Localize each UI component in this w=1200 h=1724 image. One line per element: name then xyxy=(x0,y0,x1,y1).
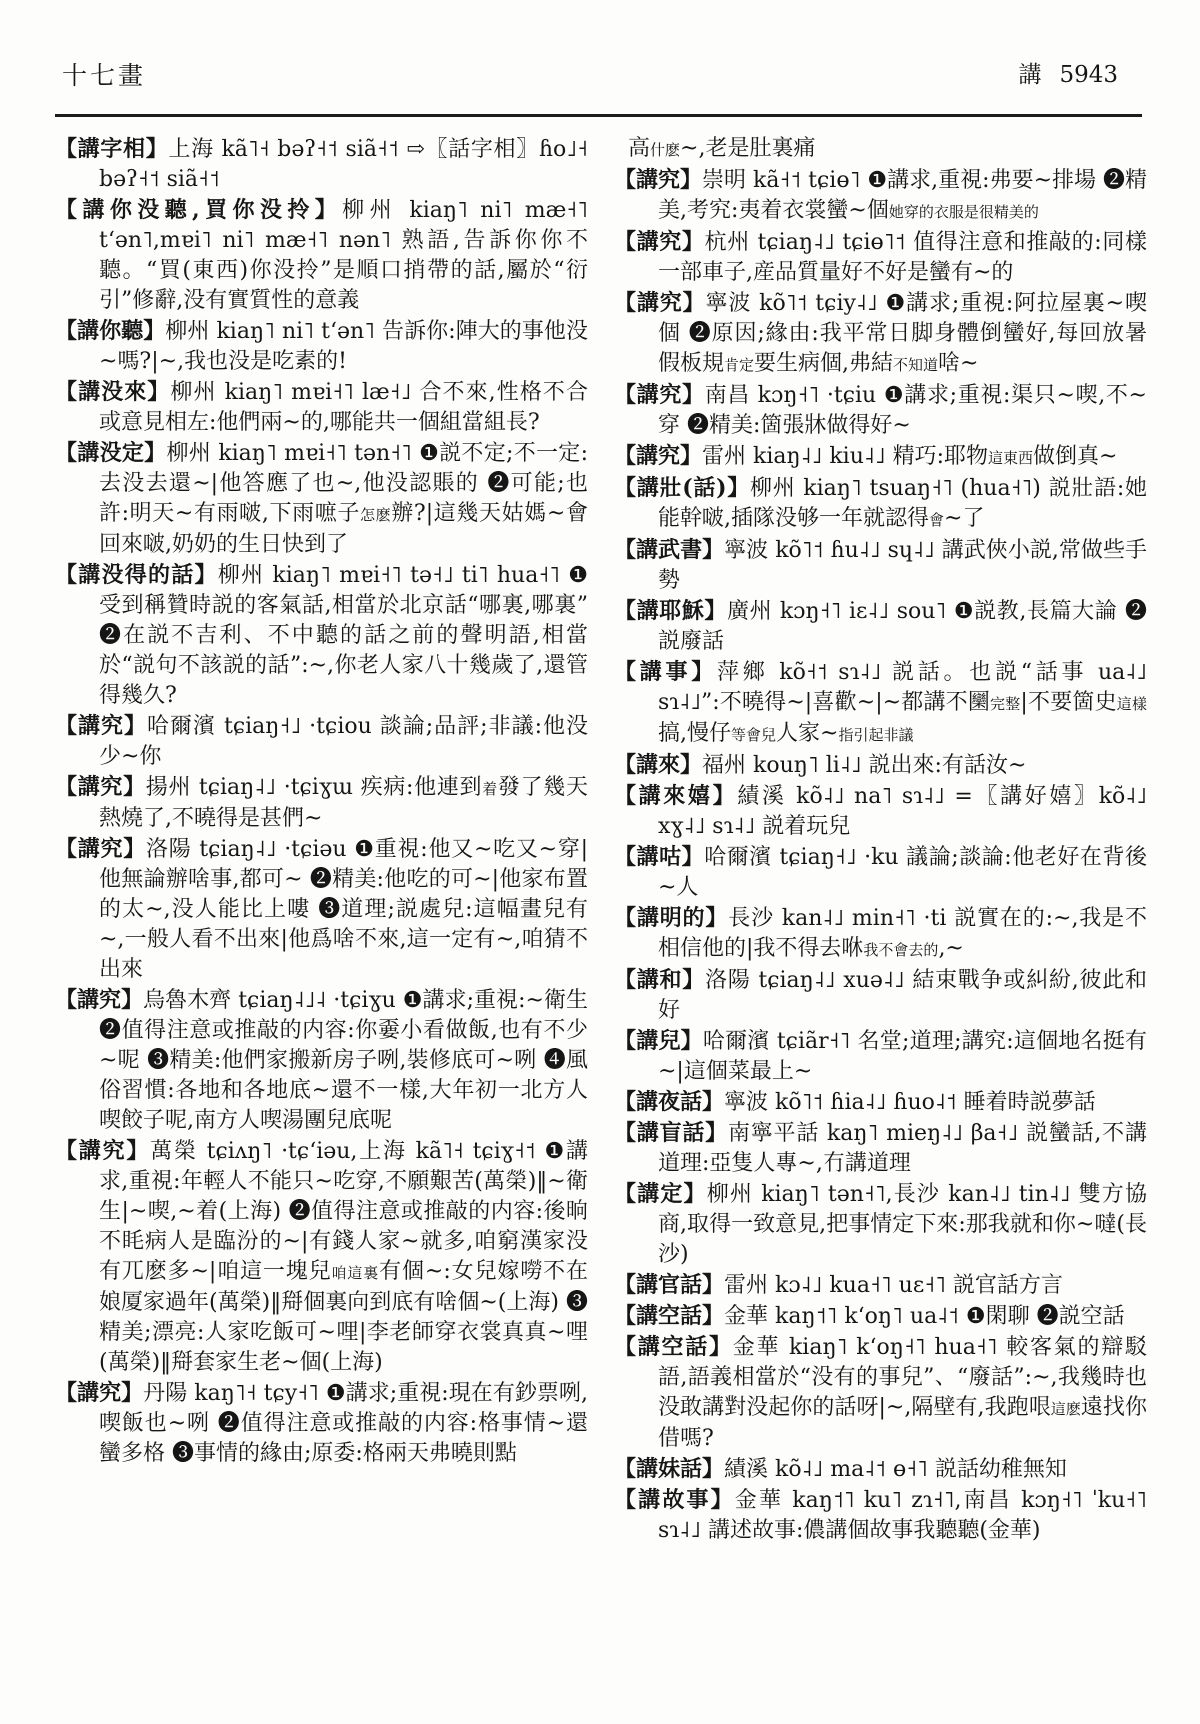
entry-text: 績溪 kõ˨˩ ma˨˦ ɵ˧˥ 説話幼稚無知 xyxy=(724,1457,1067,1482)
entry-headword: 【講武書】 xyxy=(614,537,724,563)
dict-entry: 【講究】雷州 kiaŋ˨˩ kiu˨˩ 精巧:耶物這東西做倒真~ xyxy=(614,441,1147,473)
entry-headword: 【講究】 xyxy=(614,229,705,255)
entry-headword: 【講究】 xyxy=(55,1380,143,1406)
right-column: 高什麽~,老是肚裏痛【講究】崇明 kã˧˦ tɕiɵ˥ ❶講求,重視:弗要~排場… xyxy=(614,134,1147,1546)
dict-entry: 【講官話】雷州 kɔ˨˩ kua˧˥ uɛ˧˥ 説官話方言 xyxy=(614,1270,1147,1301)
dict-entry: 【講没來】柳州 kiaŋ˥ mɐi˧˥ læ˧˩ 合不來,性格不合或意見相左:他… xyxy=(55,377,588,438)
entry-headword: 【講妹話】 xyxy=(614,1456,724,1482)
dict-entry: 【講究】丹陽 kaŋ˥˧ tɕy˧˥ ❶講求;重視:現在有鈔票咧,喫飯也~咧 ❷… xyxy=(55,1378,588,1469)
entry-headword: 【講究】 xyxy=(55,1138,150,1164)
entry-text: 金華 kaŋ˦˥ kʻoŋ˥ ua˨˦ ❶閑聊 ❷説空話 xyxy=(724,1304,1125,1329)
entry-headword: 【講究】 xyxy=(614,167,702,193)
dict-entry: 【講究】杭州 tɕiaŋ˨˩ tɕiɵ˥˦ 值得注意和推敲的:同樣一部車子,産品… xyxy=(614,227,1147,288)
dict-entry: 【講究】哈爾濱 tɕiaŋ˧˩ ·tɕiou 談論;品評;非議:他没少~你 xyxy=(55,711,588,772)
dict-entry: 【講兒】哈爾濱 tɕiãr˧˥ 名堂;道理;講究:這個地名挺有~|這個菜最上~ xyxy=(614,1026,1147,1087)
entry-headword: 【講來嬉】 xyxy=(614,783,737,809)
entry-text: 烏魯木齊 tɕiaŋ˨˩˨ ·tɕiɣu ❶講求;重視:~衛生 ❷值得注意或推敲… xyxy=(99,988,588,1133)
inline-gloss: 等會兒 xyxy=(731,726,776,744)
entry-text: 寧波 kõ˥˦ ɦia˨˩ ɦuo˨˦ 睡着時説夢話 xyxy=(724,1090,1096,1115)
dictionary-page: 十七畫 講5943 【講字相】上海 kã˥˧ bəʔ˧˦ siã˧˦ ⇨〖話字相… xyxy=(0,0,1200,1724)
inline-gloss: 不知道 xyxy=(893,356,938,374)
dict-entry: 【講空話】金華 kaŋ˦˥ kʻoŋ˥ ua˨˦ ❶閑聊 ❷説空話 xyxy=(614,1301,1147,1332)
entry-headword: 【講來】 xyxy=(614,752,702,778)
entry-text: 福州 kouŋ˥ li˨˩ 説出來:有話汝~ xyxy=(702,753,1026,778)
entry-headword: 【講究】 xyxy=(614,443,702,469)
dict-entry: 【講來嬉】績溪 kõ˨˩ na˥ sɿ˨˩ =〖講好嬉〗kõ˨˩ xɣ˨˩ sɿ… xyxy=(614,781,1147,842)
entry-text: 杭州 tɕiaŋ˨˩ tɕiɵ˥˦ 值得注意和推敲的:同樣一部車子,産品質量好不… xyxy=(658,230,1147,285)
entry-text: 哈爾濱 tɕiãr˧˥ 名堂;道理;講究:這個地名挺有~|這個菜最上~ xyxy=(658,1029,1147,1084)
text-columns: 【講字相】上海 kã˥˧ bəʔ˧˦ siã˧˦ ⇨〖話字相〗ɦo˩˧ bəʔ˧… xyxy=(55,134,1147,1546)
entry-headword: 【講定】 xyxy=(614,1181,707,1207)
dict-entry: 【講事】萍鄉 kõ˧˦ sɿ˨˩ 説話。也説“話事 ua˨˩ sɿ˨˩”:不曉得… xyxy=(614,657,1147,750)
dict-entry: 【講壯(話)】柳州 kiaŋ˥ tsuaŋ˧˥ (hua˧˥) 説壯語:她能幹啵… xyxy=(614,473,1147,535)
entry-headword: 【講究】 xyxy=(614,382,705,408)
dict-entry: 【講究】崇明 kã˧˦ tɕiɵ˥ ❶講求,重視:弗要~排場 ❷精美,考究:夷着… xyxy=(614,165,1147,227)
dict-entry: 【講你聽】柳州 kiaŋ˥ ni˥ tʻən˥ 告訴你:陣大的事他没~嗎?|~,… xyxy=(55,316,588,377)
entry-text: 廣州 kɔŋ˧˥ iɛ˨˩ sou˥ ❶説教,長篇大論 ❷説廢話 xyxy=(658,599,1147,654)
dict-entry: 【講明的】長沙 kan˨˩ min˧˥ ·ti 説實在的:~,我是不相信他的|我… xyxy=(614,903,1147,965)
entry-headword: 【講你没聽,買你没拎】 xyxy=(55,197,342,223)
entry-headword: 【講夜話】 xyxy=(614,1089,724,1115)
page-header-right: 講5943 xyxy=(1018,56,1118,89)
entry-text: 揚州 tɕiaŋ˨˩ ·tɕiɣɯ 疾病:他連到 xyxy=(146,775,482,800)
entry-headword: 【講明的】 xyxy=(614,905,728,931)
page-number: 5943 xyxy=(1059,62,1118,88)
entry-text: 哈爾濱 tɕiaŋ˧˩ ·tɕiou 談論;品評;非議:他没少~你 xyxy=(99,714,588,769)
inline-gloss: 會 xyxy=(929,511,944,529)
entry-headword: 【講事】 xyxy=(614,659,717,685)
entry-headword: 【講没得的話】 xyxy=(55,562,218,588)
inline-gloss: 這東西 xyxy=(988,449,1033,467)
inline-gloss: 這麽 xyxy=(1051,1400,1081,1418)
dict-entry-continuation: 高什麽~,老是肚裏痛 xyxy=(614,134,1147,165)
dict-entry: 【講和】洛陽 tɕiaŋ˨˩ xuə˨˩ 結束戰争或糾紛,彼此和好 xyxy=(614,965,1147,1026)
dict-entry: 【講咕】哈爾濱 tɕiaŋ˧˩ ·ku 議論;談論:他老好在背後~人 xyxy=(614,842,1147,903)
entry-headword: 【講没定】 xyxy=(55,440,166,466)
entry-headword: 【講和】 xyxy=(614,967,705,993)
entry-text: 哈爾濱 tɕiaŋ˧˩ ·ku 議論;談論:他老好在背後~人 xyxy=(658,845,1147,900)
entry-text: 啥~ xyxy=(938,351,978,376)
inline-gloss: 着 xyxy=(482,780,498,798)
dict-entry: 【講空話】金華 kiaŋ˥ kʻoŋ˧˥ hua˧˥ 較客氣的辯駁語,語義相當於… xyxy=(614,1332,1147,1454)
inline-gloss: 我不會去的 xyxy=(863,941,938,959)
guide-character: 講 xyxy=(1018,62,1041,88)
entry-headword: 【講你聽】 xyxy=(55,318,165,344)
entry-headword: 【講壯(話)】 xyxy=(614,475,750,501)
dict-entry: 【講究】寧波 kõ˥˦ tɕiy˨˩ ❶講求;重視:阿拉屋裏~喫個 ❷原因;緣由… xyxy=(614,288,1147,380)
entry-text: ~了 xyxy=(944,506,984,531)
inline-gloss: 這樣 xyxy=(1117,695,1147,713)
entry-text: 雷州 kɔ˨˩ kua˧˥ uɛ˧˥ 説官話方言 xyxy=(724,1273,1063,1298)
entry-text: 洛陽 tɕiaŋ˨˩ xuə˨˩ 結束戰争或糾紛,彼此和好 xyxy=(658,968,1147,1023)
inline-gloss: 她穿的衣服是很精美的 xyxy=(889,203,1039,221)
entry-text: 洛陽 tɕiaŋ˨˩ ·tɕiəu ❶重視:他又~吃又~穿|他無論辦啥事,都可~… xyxy=(99,837,588,982)
entry-text: 柳州 kiaŋ˥ ni˥ tʻən˥ 告訴你:陣大的事他没~嗎?|~,我也没是吃… xyxy=(99,319,588,374)
entry-headword: 【講耶穌】 xyxy=(614,598,727,624)
entry-headword: 【講空話】 xyxy=(614,1334,733,1360)
entry-text: ~,老是肚裏痛 xyxy=(680,136,815,161)
dict-entry: 【講字相】上海 kã˥˧ bəʔ˧˦ siã˧˦ ⇨〖話字相〗ɦo˩˧ bəʔ˧… xyxy=(55,134,588,195)
entry-text: 南寧平話 kaŋ˥ mieŋ˨˩ βa˧˩ 説蠻話,不講道理:亞隻人專~,冇講道… xyxy=(658,1121,1147,1176)
entry-headword: 【講究】 xyxy=(55,713,147,739)
dict-entry: 【講妹話】績溪 kõ˨˩ ma˨˦ ɵ˧˥ 説話幼稚無知 xyxy=(614,1454,1147,1485)
dict-entry: 【講武書】寧波 kõ˥˦ ɦu˨˩ sɥ˨˩ 講武俠小説,常做些手勢 xyxy=(614,535,1147,596)
dict-entry: 【講耶穌】廣州 kɔŋ˧˥ iɛ˨˩ sou˥ ❶説教,長篇大論 ❷説廢話 xyxy=(614,596,1147,657)
dict-entry: 【講究】揚州 tɕiaŋ˨˩ ·tɕiɣɯ 疾病:他連到着發了幾天熱燒了,不曉得… xyxy=(55,772,588,834)
inline-gloss: 什麽 xyxy=(650,141,680,159)
entry-text: 丹陽 kaŋ˥˧ tɕy˧˥ ❶講求;重視:現在有鈔票咧,喫飯也~咧 ❷值得注意… xyxy=(99,1381,588,1466)
entry-headword: 【講空話】 xyxy=(614,1303,724,1329)
dict-entry: 【講故事】金華 kaŋ˦˥ ku˥ zɿ˧˥,南昌 kɔŋ˧˥ ˈku˧˥ sɿ… xyxy=(614,1485,1147,1546)
entry-text: 要生病個,弗結 xyxy=(754,351,893,376)
inline-gloss: 咱這裏 xyxy=(332,1264,380,1282)
header-divider xyxy=(55,114,1142,117)
entry-headword: 【講没來】 xyxy=(55,379,170,405)
inline-gloss: 怎麽 xyxy=(360,506,391,524)
entry-text: ,~ xyxy=(938,936,963,961)
entry-headword: 【講故事】 xyxy=(614,1487,735,1513)
entry-text: 人家~ xyxy=(776,721,838,746)
dict-entry: 【講來】福州 kouŋ˥ li˨˩ 説出來:有話汝~ xyxy=(614,750,1147,781)
entry-text: 柳州 kiaŋ˥ tən˧˥,長沙 kan˨˩ tin˨˩ 雙方協商,取得一致意… xyxy=(658,1182,1147,1267)
dict-entry: 【講究】洛陽 tɕiaŋ˨˩ ·tɕiəu ❶重視:他又~吃又~穿|他無論辦啥事… xyxy=(55,834,588,985)
dict-entry: 【講究】南昌 kɔŋ˧˥ ·tɕiu ❶講求;重視:渠只~喫,不~穿 ❷精美:箇… xyxy=(614,380,1147,441)
entry-headword: 【講究】 xyxy=(614,290,706,316)
entry-headword: 【講官話】 xyxy=(614,1272,724,1298)
dict-entry: 【講你没聽,買你没拎】柳州 kiaŋ˥ ni˥ mæ˧˥ tʻən˥,mɐi˥ … xyxy=(55,195,588,316)
inline-gloss: 完整 xyxy=(990,695,1020,713)
entry-text: 高 xyxy=(628,136,650,161)
entry-headword: 【講盲話】 xyxy=(614,1120,728,1146)
entry-headword: 【講究】 xyxy=(55,987,143,1013)
entry-headword: 【講究】 xyxy=(55,836,146,862)
entry-text: 做倒真~ xyxy=(1033,444,1117,469)
entry-headword: 【講字相】 xyxy=(55,136,168,162)
dict-entry: 【講定】柳州 kiaŋ˥ tən˧˥,長沙 kan˨˩ tin˨˩ 雙方協商,取… xyxy=(614,1179,1147,1270)
entry-text: 上海 kã˥˧ bəʔ˧˦ siã˧˦ ⇨〖話字相〗ɦo˩˧ bəʔ˧˦ siã… xyxy=(99,137,588,192)
entry-text: 寧波 kõ˥˦ ɦu˨˩ sɥ˨˩ 講武俠小説,常做些手勢 xyxy=(658,538,1147,593)
entry-text: |不要箇史 xyxy=(1020,690,1116,715)
left-column: 【講字相】上海 kã˥˧ bəʔ˧˦ siã˧˦ ⇨〖話字相〗ɦo˩˧ bəʔ˧… xyxy=(55,134,588,1546)
entry-text: 搞,慢仔 xyxy=(658,721,731,746)
dict-entry: 【講没定】柳州 kiaŋ˥ mɐi˧˥ tən˧˥ ❶説不定;不一定:去没去還~… xyxy=(55,438,588,560)
entry-headword: 【講究】 xyxy=(55,774,146,800)
dict-entry: 【講究】烏魯木齊 tɕiaŋ˨˩˨ ·tɕiɣu ❶講求;重視:~衛生 ❷值得注… xyxy=(55,985,588,1136)
entry-headword: 【講咕】 xyxy=(614,844,704,870)
entry-text: 南昌 kɔŋ˧˥ ·tɕiu ❶講求;重視:渠只~喫,不~穿 ❷精美:箇張牀做得… xyxy=(658,383,1147,438)
dict-entry: 【講夜話】寧波 kõ˥˦ ɦia˨˩ ɦuo˨˦ 睡着時説夢話 xyxy=(614,1087,1147,1118)
dict-entry: 【講究】萬榮 tɕiʌŋ˥ ·tɕʻiəu,上海 kã˥˧ tɕiɣ˧˦ ❶講求… xyxy=(55,1136,588,1378)
dict-entry: 【講没得的話】柳州 kiaŋ˥ mɐi˧˥ tə˧˩ ti˥ hua˧˥ ❶受到… xyxy=(55,560,588,711)
entry-text: 柳州 kiaŋ˥ mɐi˧˥ læ˧˩ 合不來,性格不合或意見相左:他們兩~的,… xyxy=(99,380,588,435)
dict-entry: 【講盲話】南寧平話 kaŋ˥ mieŋ˨˩ βa˧˩ 説蠻話,不講道理:亞隻人專… xyxy=(614,1118,1147,1179)
entry-headword: 【講兒】 xyxy=(614,1028,703,1054)
radical-stroke-header: 十七畫 xyxy=(62,56,146,92)
entry-text: 雷州 kiaŋ˨˩ kiu˨˩ 精巧:耶物 xyxy=(702,444,988,469)
inline-gloss: 肯定 xyxy=(724,356,754,374)
inline-gloss: 指引起非議 xyxy=(838,726,913,744)
